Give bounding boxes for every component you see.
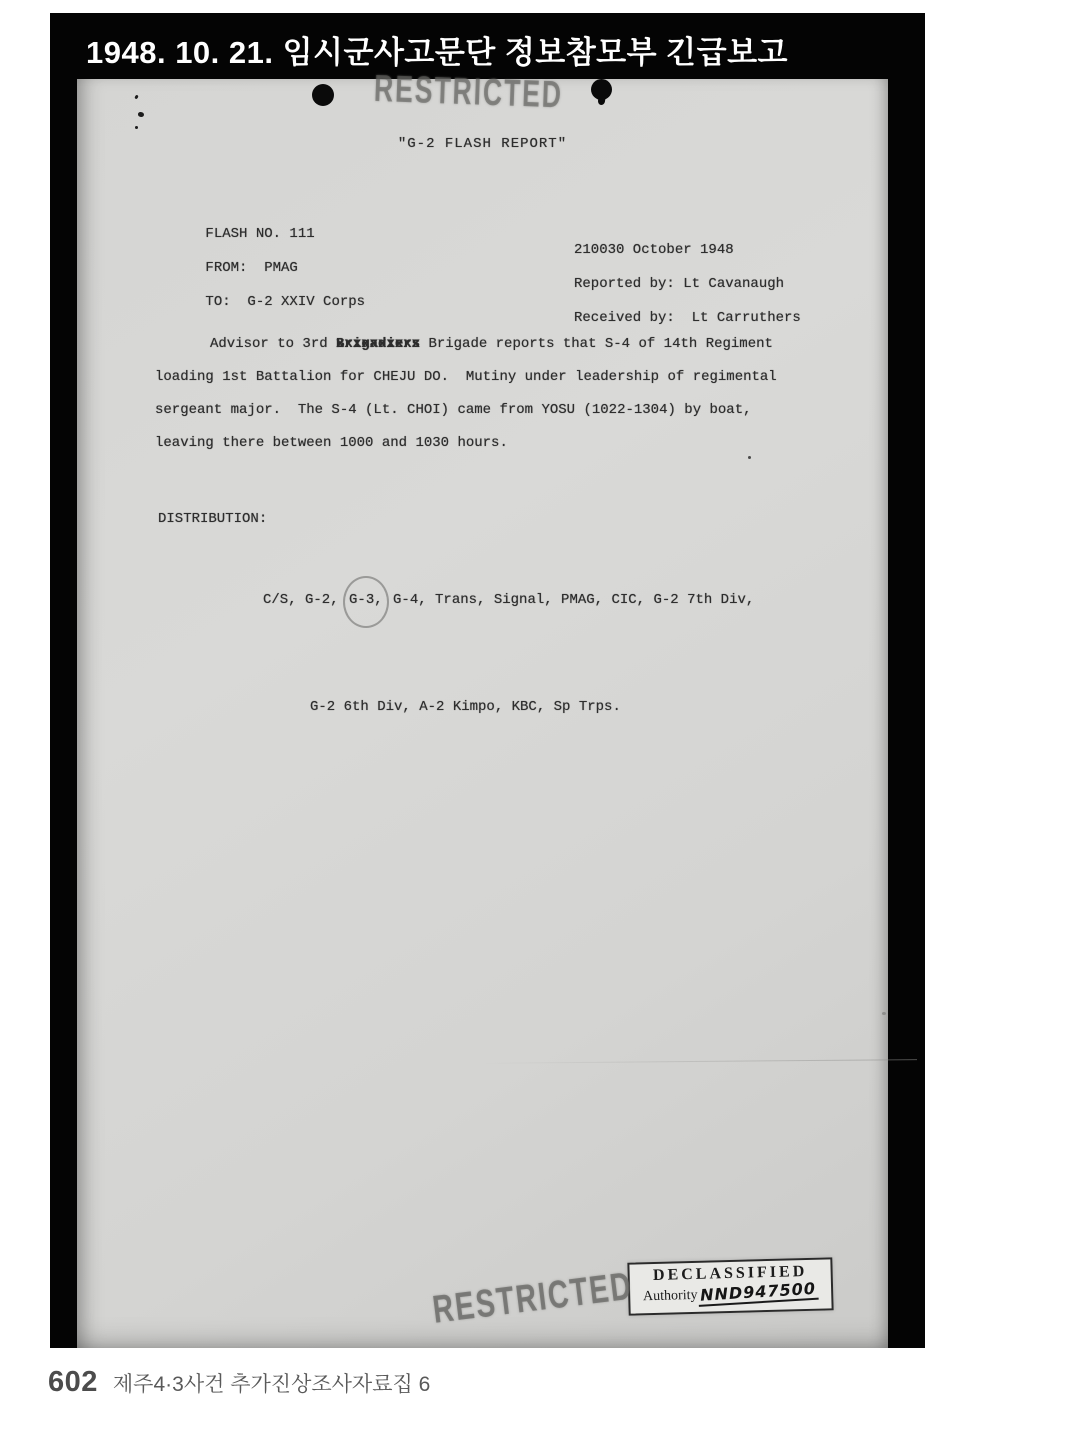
struck-out-word: Brigadiersxxxxxxxxxx [336, 328, 420, 361]
hole-punch-tail [597, 97, 605, 106]
report-body-paragraph: Advisor to 3rd Brigadiersxxxxxxxxxx Brig… [155, 328, 807, 460]
declassified-stamp: DECLASSIFIED AuthorityNND947500 [627, 1257, 833, 1315]
restricted-stamp-bottom: RESTRICTED [430, 1265, 635, 1333]
declassified-stamp-authority: AuthorityNND947500 [630, 1280, 831, 1306]
distribution-list: C/S, G-2, G-3, G-4, Trans, Signal, PMAG,… [263, 511, 803, 795]
paper-crease [477, 1059, 917, 1064]
body-text: Brigade reports that S-4 of 14th Regimen… [155, 336, 785, 451]
body-text: Advisor to 3rd [210, 336, 336, 352]
from-field: FROM: PMAG [205, 260, 297, 276]
document-title: "G-2 FLASH REPORT" [77, 136, 888, 152]
ink-speckle [135, 126, 138, 129]
circled-g3: G-3, [343, 576, 389, 628]
flash-no: FLASH NO. 111 [205, 226, 314, 242]
restricted-stamp-top: RESTRICTED [373, 67, 563, 117]
book-title: 제주4·3사건 추가진상조사자료집 6 [113, 1368, 430, 1398]
scan-black-frame: 1948. 10. 21. 임시군사고문단 정보참모부 긴급보고 RESTRIC… [50, 13, 925, 1348]
page-title: 1948. 10. 21. 임시군사고문단 정보참모부 긴급보고 [86, 27, 788, 72]
authority-handwritten-number: NND947500 [698, 1279, 819, 1307]
distribution-line-2: G-2 6th Div, A-2 Kimpo, KBC, Sp Trps. [310, 690, 803, 725]
to-field: TO: G-2 XXIV Corps [205, 294, 365, 310]
overstrike-xs: xxxxxxxxxx [336, 328, 420, 361]
document-paper: RESTRICTED "G-2 FLASH REPORT" FLASH NO. … [77, 79, 888, 1348]
ink-speckle [134, 95, 139, 100]
received-by-field: Received by: Lt Carruthers [574, 310, 801, 326]
distribution-label: DISTRIBUTION: [158, 511, 267, 527]
page-number: 602 [48, 1366, 98, 1399]
ink-speckle [138, 112, 144, 117]
book-page-footer: 602 제주4·3사건 추가진상조사자료집 6 [48, 1366, 430, 1399]
hole-punch-left [312, 84, 334, 106]
distribution-line-1: C/S, G-2, G-3, G-4, Trans, Signal, PMAG,… [263, 581, 803, 620]
ink-speckle [882, 1012, 886, 1015]
